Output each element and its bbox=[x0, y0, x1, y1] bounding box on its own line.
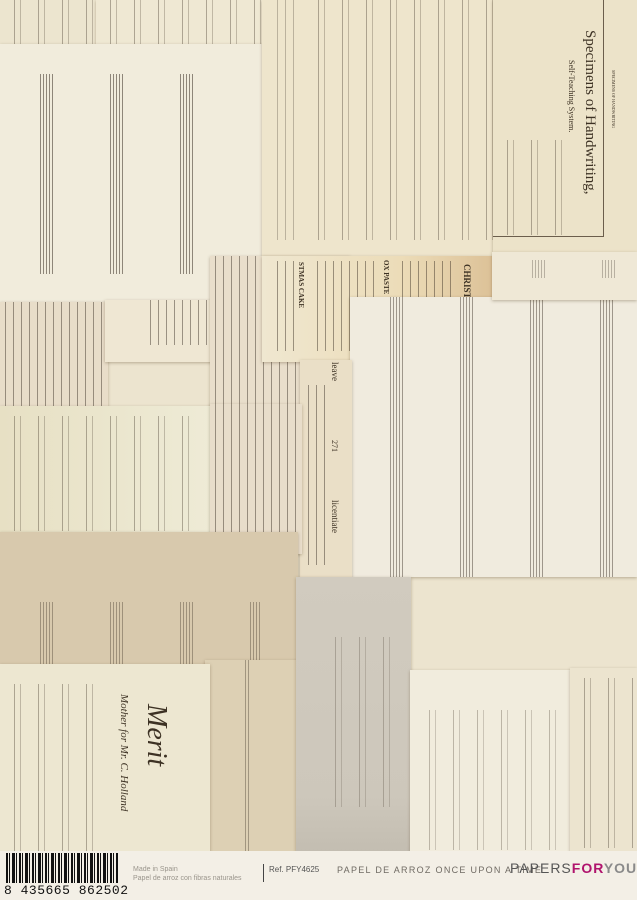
dictionary-strip: leave 271 licentiate bbox=[300, 360, 352, 578]
specimens-title: Specimens of Handwriting, bbox=[581, 30, 598, 195]
manuscript-score-tan bbox=[0, 532, 298, 672]
barcode bbox=[6, 853, 118, 883]
handwritten-letter-signature: Merit Mother for Mr. C. Holland bbox=[0, 664, 210, 852]
rice-paper-sheet: Specimens of Handwriting, Self-Teaching … bbox=[0, 0, 637, 900]
brand-part-you: YOU bbox=[604, 860, 637, 876]
barcode-number: 8 435665 862502 bbox=[4, 883, 129, 898]
origin-info: Made in Spain Papel de arroz con fibras … bbox=[133, 865, 242, 883]
specimens-subtitle: Self-Teaching System. bbox=[567, 60, 576, 132]
handwritten-letter-top-middle bbox=[96, 0, 266, 48]
clipping-section-a: STMAS CAKE bbox=[297, 262, 305, 308]
brand-part-papers: PAPERS bbox=[510, 860, 572, 876]
gray-handwritten-note bbox=[296, 577, 411, 852]
specimens-header: SPECIMENS OF HANDWRITING bbox=[611, 70, 616, 128]
handwritten-letter-middle bbox=[0, 406, 212, 536]
brand-part-for: FOR bbox=[572, 860, 604, 876]
product-ref: Ref. PFY4625 bbox=[269, 865, 319, 874]
made-in-label: Made in Spain bbox=[133, 865, 242, 874]
handwriting-specimens-page bbox=[262, 0, 497, 256]
handwritten-letter-far-right bbox=[570, 668, 637, 852]
manuscript-score-vertical bbox=[205, 660, 300, 852]
divider bbox=[263, 864, 264, 882]
dictionary-word-bottom: licentiate bbox=[330, 500, 340, 533]
specimens-title-page: Specimens of Handwriting, Self-Teaching … bbox=[493, 0, 637, 252]
material-label: Papel de arroz con fibras naturales bbox=[133, 874, 242, 883]
signature-line: Mother for Mr. C. Holland bbox=[118, 694, 130, 811]
brand-logo: PAPERSFORYOU© bbox=[510, 860, 637, 876]
handwritten-letter-bottom-right bbox=[410, 670, 575, 852]
product-info-strip: 8 435665 862502 Made in Spain Papel de a… bbox=[0, 851, 637, 900]
manuscript-music-right bbox=[350, 297, 637, 577]
newspaper-column-left bbox=[0, 302, 108, 417]
dictionary-word-top: leave bbox=[330, 362, 340, 381]
manuscript-music-edge bbox=[492, 252, 637, 300]
signature-name: Merit bbox=[140, 704, 172, 766]
handwritten-letter-top-left bbox=[0, 0, 100, 48]
clipping-section-b: OX PASTE bbox=[382, 260, 390, 294]
dictionary-page-number: 271 bbox=[330, 440, 339, 452]
